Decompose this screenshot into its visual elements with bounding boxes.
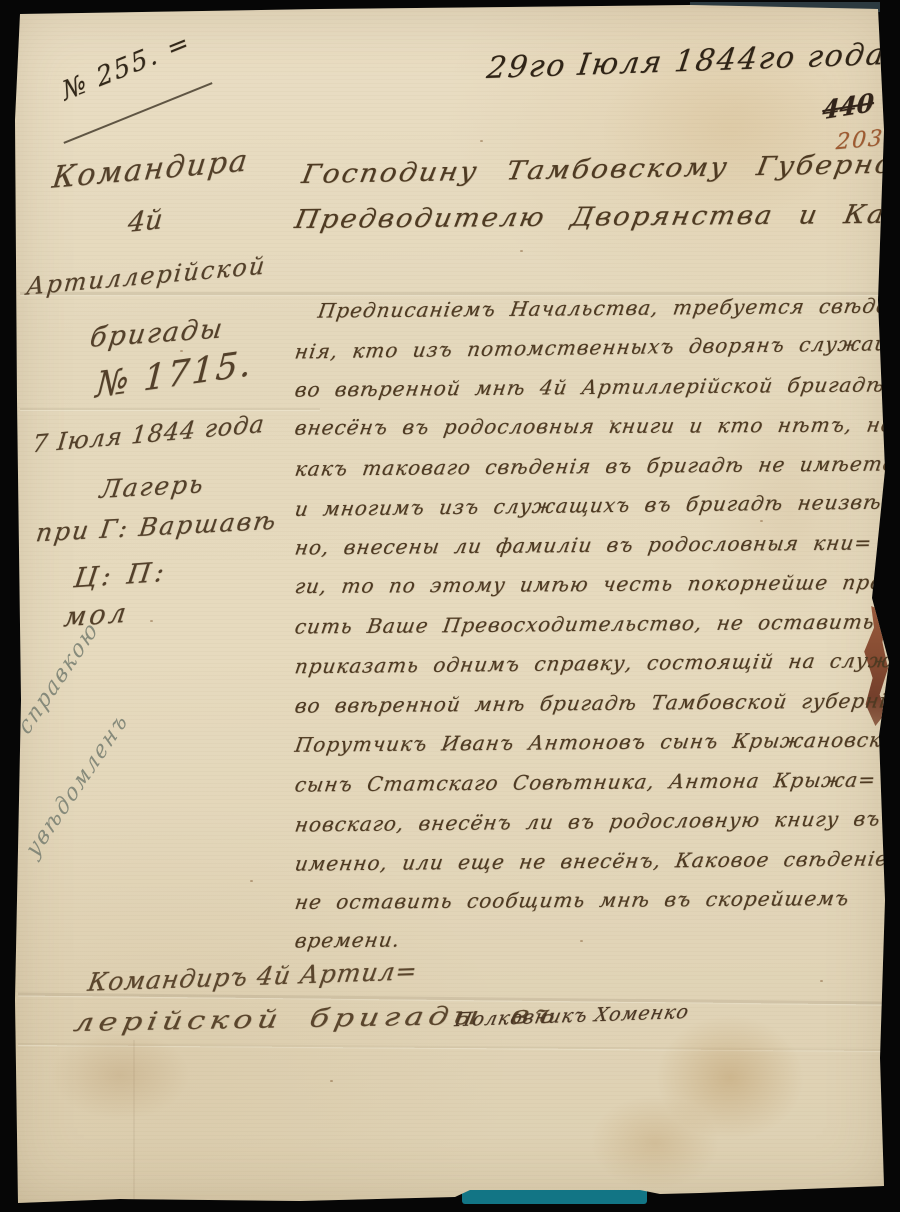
body-line: новскаго, внесёнъ ли въ родословную книг… <box>293 805 900 836</box>
pencil-margin-note: справкою <box>14 616 104 740</box>
scanner-edge-mark <box>462 1188 647 1204</box>
sender-line: 4й <box>126 204 164 239</box>
sender-line: Командира <box>50 143 251 196</box>
foxing-speck <box>580 940 583 942</box>
body-line: ги, то по этому имѣю честь покорнейше пр… <box>293 570 900 598</box>
foxing-speck <box>820 980 823 982</box>
body-line: внесёнъ въ родословныя книги и кто нѣтъ,… <box>293 412 896 439</box>
body-line: времени. <box>293 928 402 953</box>
sender-line: 7 Іюля 1844 года <box>31 410 266 459</box>
scanned-letter-photo: № 255. = 29го Іюля 1844го года 440 203 Г… <box>0 0 900 1212</box>
stain <box>50 1030 190 1120</box>
body-line: приказать однимъ справку, состоящій на с… <box>293 648 900 679</box>
body-line: сить Ваше Превосходительство, не оставит… <box>293 609 876 638</box>
body-line: не оставить сообщить мнѣ въ скорейшемъ <box>293 886 851 914</box>
sender-line: Ц: П: <box>72 557 170 595</box>
sender-line: № 1715. <box>94 344 254 407</box>
body-line: нія, кто изъ потомственныхъ дворянъ служ… <box>293 330 900 363</box>
foxing-speck <box>480 140 483 142</box>
foxing-speck <box>180 350 183 352</box>
foxing-speck <box>760 520 763 522</box>
salutation-line: Предводителю Дворянства и Кавалеру. <box>292 199 900 235</box>
body-line: сынъ Статскаго Совѣтника, Антона Крыжа= <box>293 767 878 796</box>
stain <box>590 1095 720 1190</box>
body-line: Порутчикъ Иванъ Антоновъ сынъ Крыжановск… <box>293 727 900 756</box>
foxing-speck <box>520 250 523 252</box>
sender-line: при Г: Варшавѣ <box>34 506 279 548</box>
pencil-margin-note: увѣдомленъ <box>22 707 133 863</box>
body-line: именно, или еще не внесёнъ, Каковое свѣд… <box>293 846 890 875</box>
fold-crease <box>20 408 320 410</box>
body-line: во ввѣренной мнѣ бригадѣ Тамбовской губе… <box>293 688 900 717</box>
letter-paper: № 255. = 29го Іюля 1844го года 440 203 Г… <box>0 0 900 1212</box>
sender-line: бригады <box>88 313 226 354</box>
closing-line: Командиръ 4й Артил= <box>86 956 420 997</box>
foxing-speck <box>330 1080 333 1082</box>
body-line: но, внесены ли фамиліи въ родословныя кн… <box>293 530 874 559</box>
body-line: Предписаніемъ Начальства, требуется свѣд… <box>316 293 900 322</box>
registry-number: № 255. = <box>59 27 193 108</box>
foxing-speck <box>150 620 153 622</box>
sender-line: Лагерь <box>98 469 207 504</box>
foxing-speck <box>250 880 253 882</box>
